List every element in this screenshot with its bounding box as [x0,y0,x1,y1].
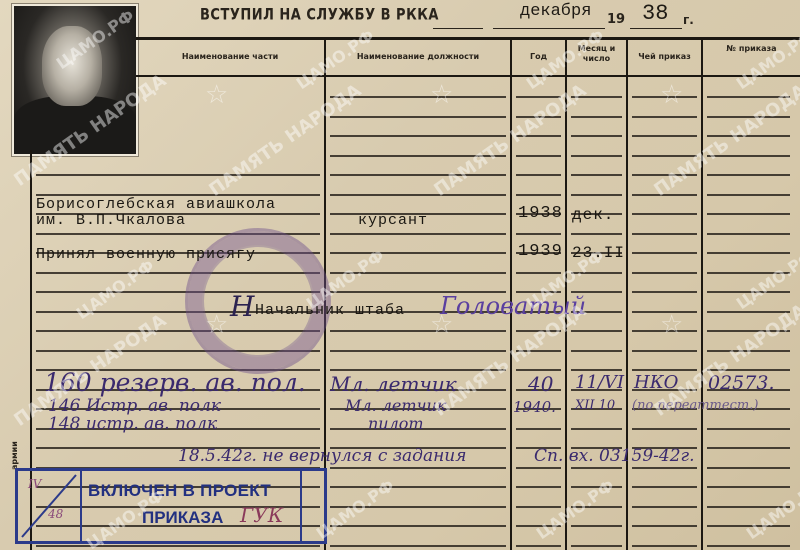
header-year-prefix: 19 [607,12,625,27]
ruled-line [632,155,697,157]
ruled-line [330,330,506,332]
watermark-star-icon: ☆ [205,310,228,340]
ruled-line [571,369,622,371]
watermark-star-icon: ☆ [430,80,453,110]
watermark-pamyat: ПАМЯТЬ НАРОДА [205,80,365,201]
ruled-line [707,213,790,215]
hand-whose-order-1: НКО [634,372,678,393]
ruled-line [330,525,506,527]
hand-note-ref: Сп. вх. 03159-42г. [534,446,695,466]
ruled-line [330,545,506,547]
ruled-line [516,350,561,352]
ruled-line [707,369,790,371]
ruled-line [330,96,506,98]
typed-month-day-2: 23.II [572,244,625,262]
ruled-line [516,155,561,157]
typed-year-2: 1939 [518,242,563,261]
ruled-line [632,506,697,508]
ruled-line [707,467,790,469]
ruled-line [571,272,622,274]
stamp-right-box [300,471,324,541]
ruled-line [707,330,790,332]
ruled-line [516,467,561,469]
col-header-whose-order: Чей приказ [628,52,701,62]
ruled-line [571,506,622,508]
hand-whose-order-2: (по переаттест.) [632,398,758,413]
col-divider-4 [626,37,628,550]
ruled-line [707,506,790,508]
hand-position-3: пилот [368,414,424,433]
ruled-line [707,116,790,118]
ruled-line [571,467,622,469]
year-underline [630,28,682,29]
watermark-camo: ЦАМО.РФ [73,256,158,323]
typed-year-1: 1938 [518,204,563,223]
day-underline [433,28,483,29]
ruled-line [330,369,506,371]
ruled-line [516,330,561,332]
signature: Головатый [440,292,586,320]
typed-month-day-1: дек. [572,206,614,224]
ruled-line [516,369,561,371]
stamp-line2: ПРИКАЗА [142,508,223,528]
ruled-line [516,428,561,430]
col-header-order-no: № приказа [703,44,800,54]
ruled-line [707,428,790,430]
ruled-line [632,350,697,352]
ruled-line [571,486,622,488]
inclusion-stamp: IV 48 ВКЛЮЧЕН В ПРОЕКТ ПРИКАЗА ГУК [15,468,327,544]
ruled-line [632,545,697,547]
col-header-month-day: Месяц и число [567,44,626,64]
hand-year-2: 1940. [513,398,556,416]
typed-position: курсант [358,212,428,229]
ruled-line [330,135,506,137]
ruled-line [571,135,622,137]
ruled-line [707,252,790,254]
ruled-line [330,350,506,352]
signature-initial: Н [230,290,254,323]
ruled-line [632,233,697,235]
ruled-line [571,116,622,118]
ruled-line [330,252,506,254]
ruled-line [571,174,622,176]
ruled-line [516,272,561,274]
hand-month-day-2: XII 10 [575,398,615,413]
typed-oath: Принял военную присягу [36,246,256,263]
ruled-line [516,116,561,118]
ruled-line [707,311,790,313]
ruled-line [516,135,561,137]
portrait-photo [12,4,138,156]
ruled-line [632,194,697,196]
ruled-line [707,486,790,488]
ruled-line [571,330,622,332]
ruled-line [707,233,790,235]
signature-label: Начальник штаба [255,302,405,319]
ruled-line [632,252,697,254]
ruled-line [516,233,561,235]
stamp-mark-top: IV [28,477,41,491]
ruled-line [707,194,790,196]
watermark-star-icon: ☆ [660,80,683,110]
ruled-line [571,96,622,98]
stamp-mark-bottom: 48 [48,507,63,521]
ruled-line [571,350,622,352]
service-record-card: ВСТУПИЛ НА СЛУЖБУ В РККА декабря 19 38 г… [0,0,800,550]
ruled-line [707,96,790,98]
hand-unit-2: 146 Истр. ав. полк [48,396,221,416]
col-header-year: Год [512,52,565,62]
ruled-line [707,155,790,157]
stamp-handwritten: ГУК [240,503,283,527]
watermark-star-icon: ☆ [205,80,228,110]
header-year: 38 [642,1,668,26]
hand-note: 18.5.42г. не вернулся с задания [178,446,467,466]
ruled-line [571,155,622,157]
ruled-line [516,194,561,196]
ruled-line [707,135,790,137]
ruled-line [516,506,561,508]
ruled-line [632,369,697,371]
hand-unit-3: 148 истр. ав. полк [48,414,217,434]
ruled-line [516,486,561,488]
month-underline [493,28,605,29]
ruled-line [571,233,622,235]
ruled-line [571,525,622,527]
header-month: декабря [520,2,591,21]
ruled-line [707,525,790,527]
ruled-line [36,545,320,547]
ruled-line [330,174,506,176]
stamp-line1: ВКЛЮЧЕН В ПРОЕКТ [88,481,271,501]
ruled-line [707,291,790,293]
ruled-line [632,291,697,293]
ruled-line [516,96,561,98]
ruled-line [330,272,506,274]
col-header-unit: Наименование части [136,52,324,62]
ruled-line [707,545,790,547]
ruled-line [632,428,697,430]
hand-month-day-1: 11/VI [575,372,624,393]
hand-year-1: 40 [528,372,553,396]
ruled-line [707,272,790,274]
ruled-line [330,116,506,118]
hand-order-no-1: 02573. [708,372,774,394]
ruled-line [516,525,561,527]
hand-position-1: Мл. летчик [330,372,457,396]
watermark-camo: ЦАМО.РФ [733,26,800,93]
ruled-line [330,506,506,508]
ruled-line [632,272,697,274]
ruled-line [571,194,622,196]
ruled-line [632,213,697,215]
ruled-line [330,194,506,196]
side-label: армии [10,441,19,470]
ruled-line [707,350,790,352]
ruled-line [516,545,561,547]
ruled-line [632,486,697,488]
ruled-line [632,525,697,527]
watermark-star-icon: ☆ [660,310,683,340]
typed-unit-line2: им. В.П.Чкалова [36,212,186,229]
header-year-suffix: г. [683,13,694,27]
ruled-line [571,545,622,547]
hand-position-2: Мл. летчик [345,396,446,415]
stamp-diagonal-box: IV 48 [18,471,82,541]
ruled-line [571,428,622,430]
ruled-line [632,135,697,137]
col-header-position: Наименование должности [326,52,510,62]
ruled-line [632,174,697,176]
ruled-line [36,174,320,176]
ruled-line [516,174,561,176]
ruled-line [330,155,506,157]
watermark-camo: ЦАМО.РФ [733,246,800,313]
header-title: ВСТУПИЛ НА СЛУЖБУ В РККА [200,7,439,25]
typed-unit-line1: Борисоглебская авиашкола [36,196,276,213]
photo-face [42,26,102,106]
watermark-star-icon: ☆ [430,310,453,340]
ruled-line [707,447,790,449]
ruled-line [330,486,506,488]
ruled-line [330,467,506,469]
ruled-line [632,467,697,469]
ruled-line [330,233,506,235]
ruled-line [632,116,697,118]
ruled-line [707,174,790,176]
col-divider-5 [701,37,703,550]
hand-unit-1: 160 резерв. ав. пол. [44,368,306,397]
